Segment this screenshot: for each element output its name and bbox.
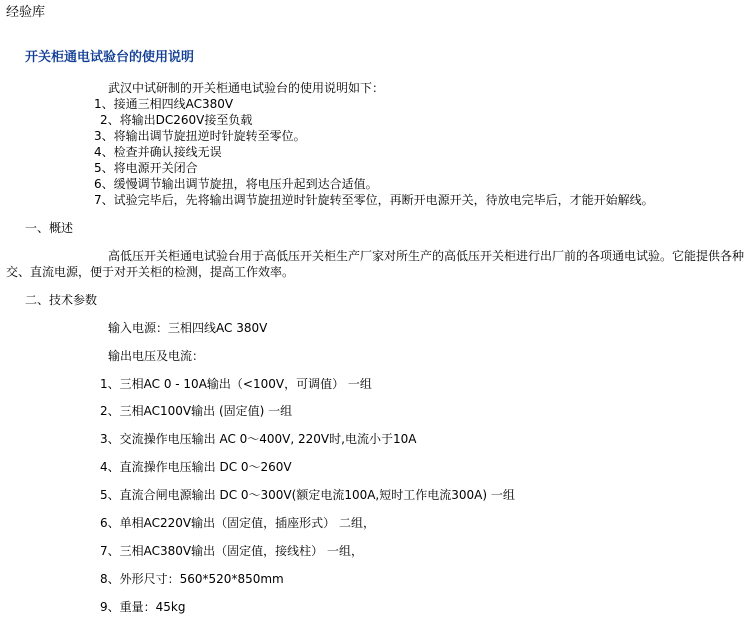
step-item: 6、缓慢调节输出调节旋扭，将电压升起到达合适值。 [94, 176, 378, 192]
step-item: 1、接通三相四线AC380V [94, 96, 233, 112]
output-label: 输出电压及电流： [108, 348, 204, 364]
article-title: 开关柜通电试验台的使用说明 [25, 50, 194, 66]
overview-heading: 一、概述 [25, 220, 73, 236]
step-item: 7、试验完毕后，先将输出调节旋扭逆时针旋转至零位，再断开电源开关，待放电完毕后，… [94, 192, 654, 208]
step-item: 4、检查并确认接线无误 [94, 144, 222, 160]
spec-item: 3、交流操作电压输出 AC 0～400V, 220V时,电流小于10A [100, 431, 416, 447]
spec-item: 2、三相AC100V输出 (固定值) 一组 [100, 403, 292, 419]
overview-line-2: 交、直流电源，便于对开关柜的检测，提高工作效率。 [6, 264, 294, 280]
spec-item: 4、直流操作电压输出 DC 0～260V [100, 459, 292, 475]
spec-item: 7、三相AC380V输出（固定值，接线柱） 一组， [100, 543, 363, 559]
step-item: 5、将电源开关闭合 [94, 160, 198, 176]
spec-item: 5、直流合闸电源输出 DC 0～300V(额定电流100A,短时工作电流300A… [100, 487, 515, 503]
specs-heading: 二、技术参数 [25, 292, 97, 308]
step-item: 2、将输出DC260V接至负载 [100, 112, 252, 128]
intro-text: 武汉中试研制的开关柜通电试验台的使用说明如下： [108, 80, 384, 96]
spec-item: 1、三相AC 0 - 10A输出（<100V，可调值） 一组 [100, 376, 372, 392]
input-power: 输入电源：三相四线AC 380V [108, 320, 267, 336]
site-label: 经验库 [6, 5, 45, 21]
spec-item: 9、重量：45kg [100, 599, 185, 615]
overview-line-1: 高低压开关柜通电试验台用于高低压开关柜生产厂家对所生产的高低压开关柜进行出厂前的… [108, 248, 744, 264]
step-item: 3、将输出调节旋扭逆时针旋转至零位。 [94, 128, 306, 144]
spec-item: 6、单相AC220V输出（固定值，插座形式） 二组， [100, 515, 375, 531]
spec-item: 8、外形尺寸：560*520*850mm [100, 571, 284, 587]
